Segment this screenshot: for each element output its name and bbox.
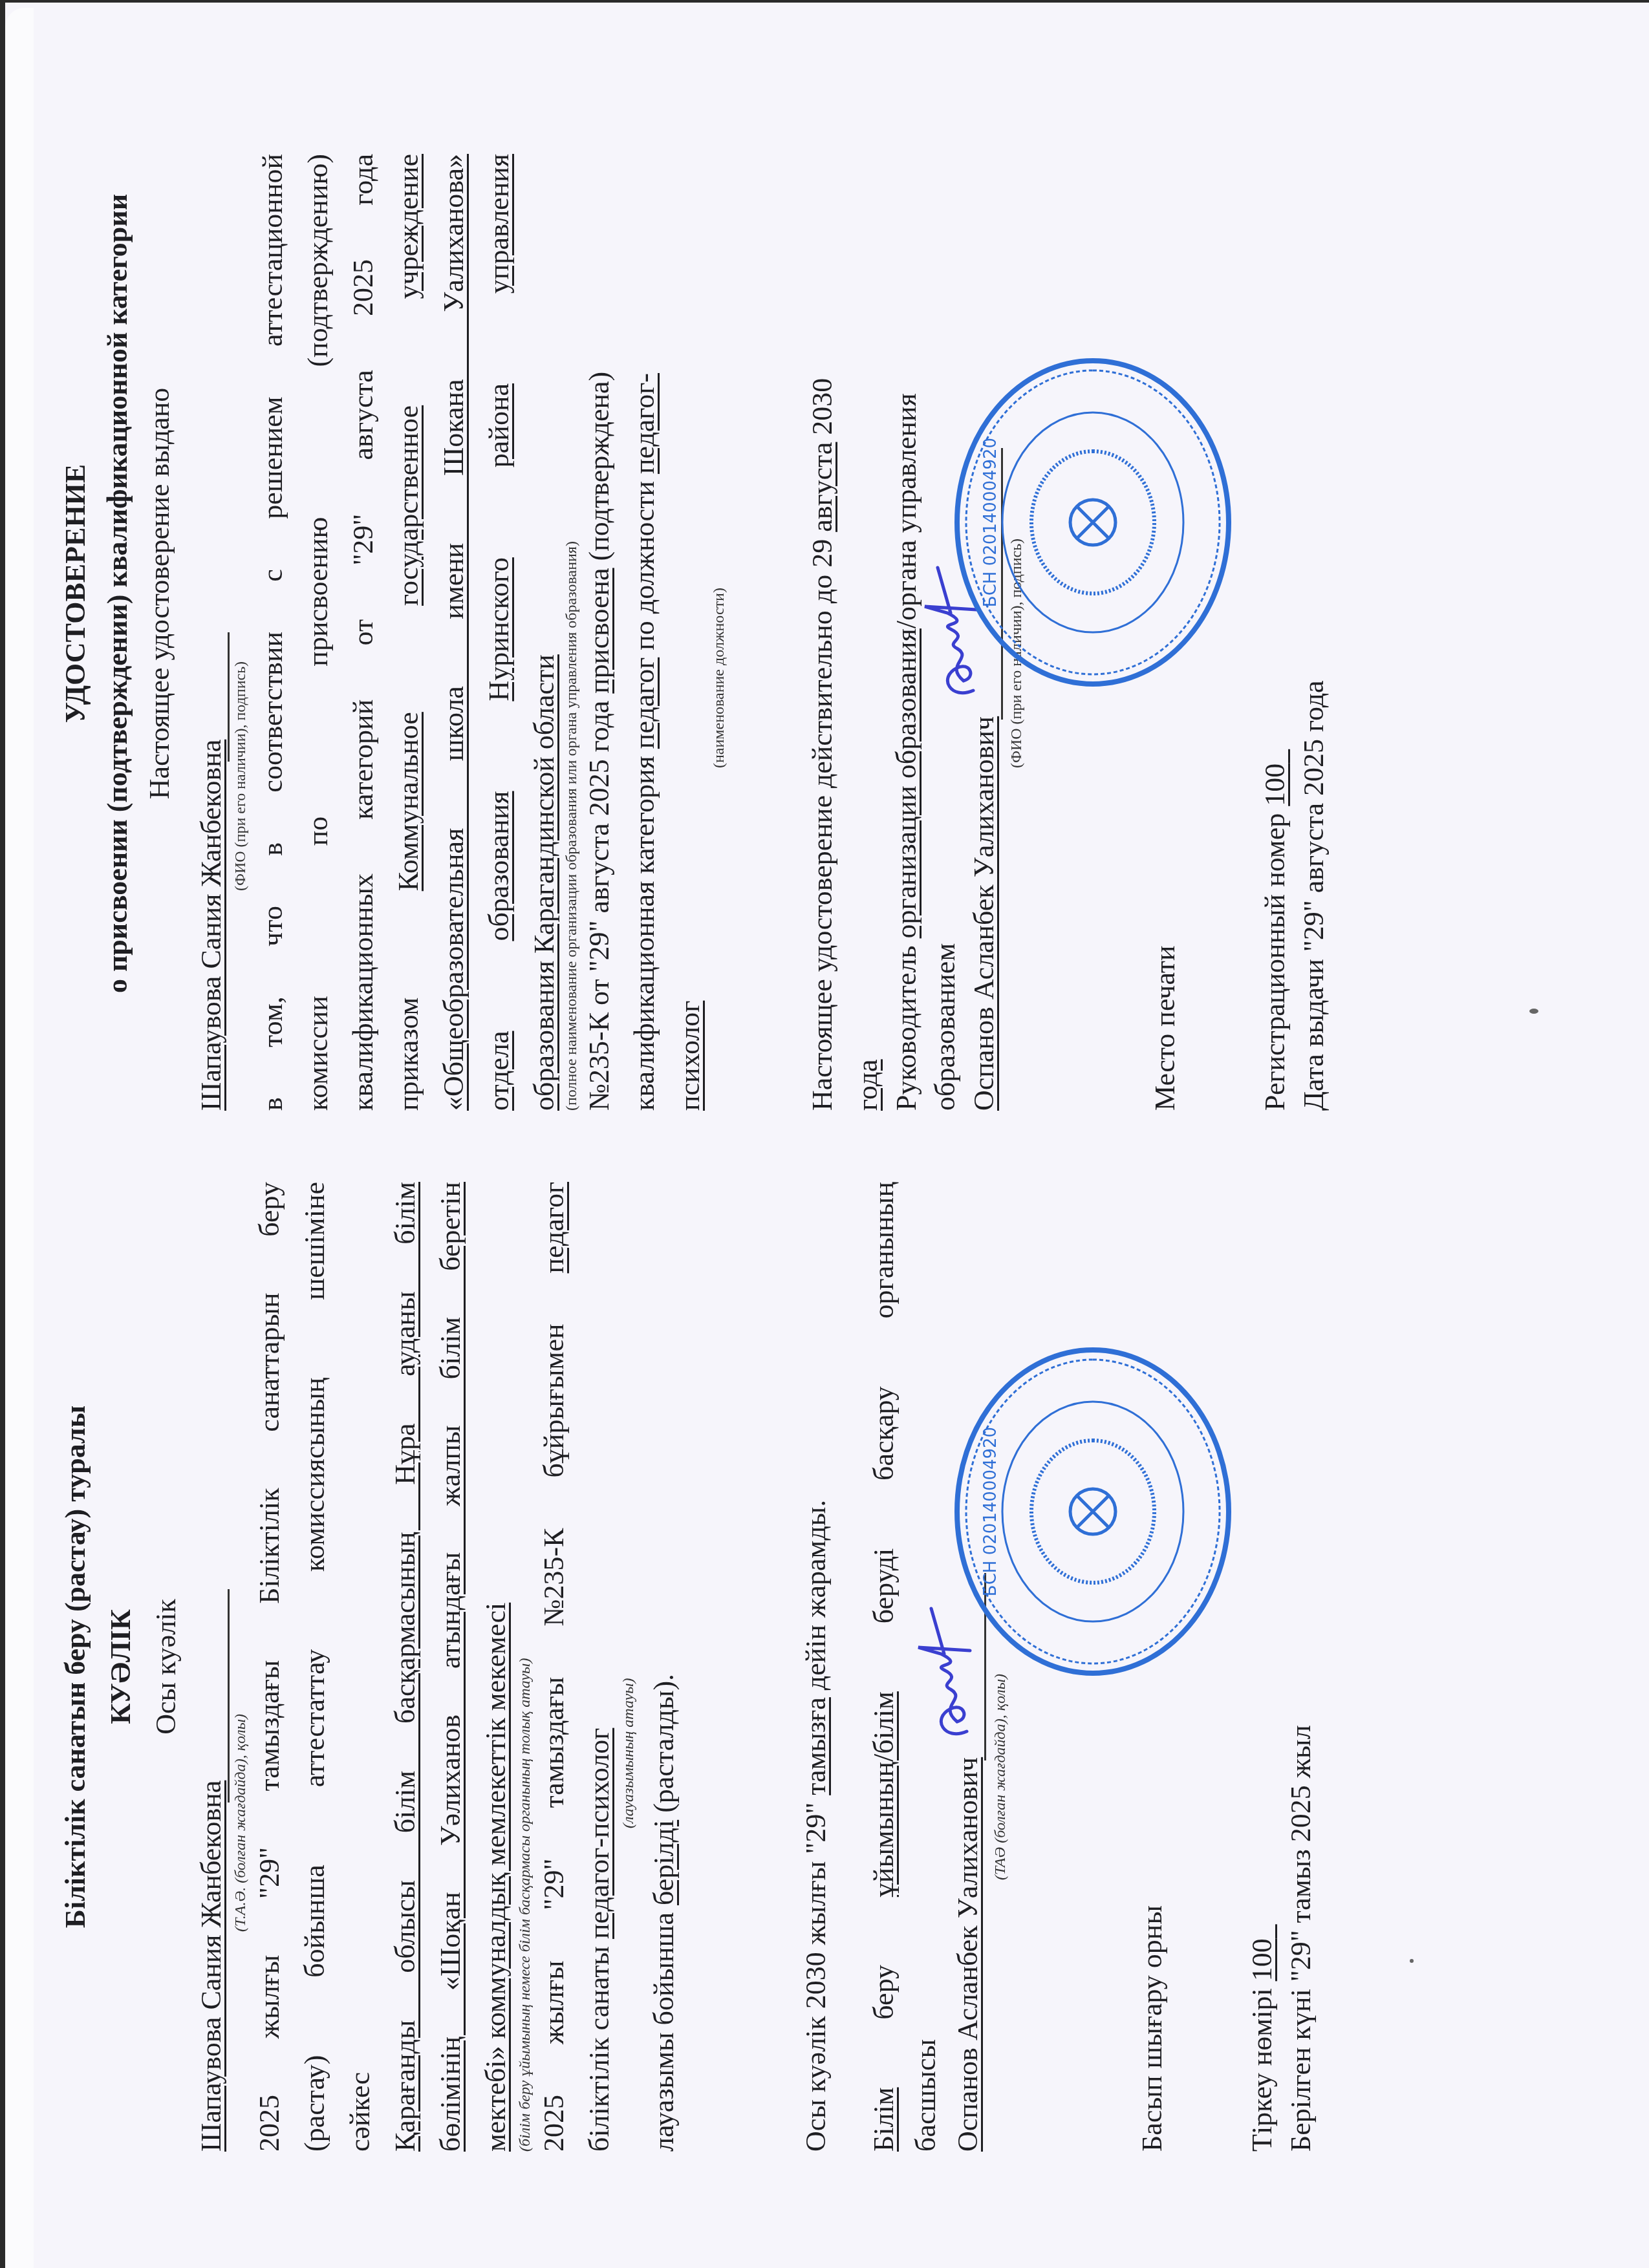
word: бұйрығымен (540, 1323, 568, 1477)
ru-holder-name: Шапаувова Сания Жанбековна (197, 740, 226, 1111)
word: с (259, 569, 287, 582)
ru-holder-name-text: Шапаувова Сания Жанбековна (195, 740, 227, 1111)
kz-title: Біліктілік санатын беру (растау) туралы (61, 1162, 90, 2171)
word: беруді (870, 1548, 898, 1624)
ru-head-name-text: Оспанов Асланбек Уалиханович (968, 716, 1000, 1111)
ru-seal-place: Место печати (1151, 945, 1180, 1111)
word: педагог (540, 1182, 568, 1273)
ru-title: УДОСТОВЕРЕНИЕ (61, 57, 90, 1130)
kz-head-line1: Білімберуұйымының/білімберудібасқаруорга… (870, 1182, 898, 2152)
kz-org-line1: Қарағанды облысы білім басқармасының Нұр… (391, 1182, 420, 2152)
kz-position-caption: (лауазымының атауы) (621, 1678, 636, 1828)
kz-validity-prefix: Осы куәлік 2030 жылғы "29" (800, 1795, 832, 2152)
scan-speck (1529, 1009, 1538, 1014)
kz-position-suffix: (расталды). (648, 1674, 680, 1820)
word: присвоению (304, 517, 332, 667)
ru-reg-label: Регистрационный номер (1259, 806, 1291, 1111)
word: Нуринского (485, 557, 513, 701)
word: в (259, 1097, 287, 1111)
kz-holder-signature-line (228, 1589, 230, 1803)
ru-para1-line2: комиссиипоприсвоению(подтверждению) (304, 154, 332, 1111)
word: басқару (870, 1386, 898, 1481)
word: августа (349, 370, 378, 460)
kz-org-line3: мектебі» коммуналдық мемлекеттік мекемес… (482, 1603, 510, 2152)
kz-validity-line: Осы куәлік 2030 жылғы "29" тамызға дейін… (802, 1500, 830, 2152)
kz-category-prefix: біліктілік санаты (583, 1939, 615, 2152)
kz-reg-number: 100 (1246, 1938, 1278, 1981)
kz-reg-label: Тіркеу нөмірі (1246, 1981, 1278, 2152)
word: 2025 (255, 2095, 284, 2152)
ru-order-line: №235-К от "29" августа 2025 года присвое… (585, 154, 614, 1111)
ru-category-mid: по должности (629, 474, 660, 658)
kz-para1-line1: 2025жылғы"29"тамыздағыБіліктіліксанаттар… (255, 1182, 284, 2152)
word: беру (255, 1182, 284, 1237)
kz-validity-month: тамызға (800, 1697, 832, 1795)
word: №235-К (540, 1528, 568, 1627)
ru-category-value: педагог (629, 658, 660, 749)
kz-position-line: лауазымы бойынша берілді (расталды). (650, 1674, 678, 2152)
ru-reg-number: 100 (1259, 764, 1291, 806)
ru-head-line2: образованием (931, 943, 960, 1111)
word: тамыздағы (540, 1677, 568, 1808)
word: комиссиясының (301, 1378, 329, 1572)
ru-head-prefix: Руководитель (890, 938, 922, 1111)
ru-para1-line1: втом,чтовсоответствиисрешениематтестацио… (259, 154, 287, 1111)
ru-org-line4: образования Карагандинской области (530, 654, 559, 1111)
word: что (259, 906, 287, 947)
word: бойынша (301, 1865, 329, 1977)
ru-head-name: Оспанов Асланбек Уалиханович (970, 716, 998, 1111)
word: по (304, 817, 332, 846)
ru-org-caption: (полное наименование организации образов… (564, 541, 579, 1111)
ru-stamp-bin: БСН 020140004920 (981, 438, 1000, 607)
ru-intro: Настоящее удостоверение выдано (145, 57, 174, 1130)
ru-order-assigned: присвоена (583, 568, 615, 693)
word: района (485, 383, 513, 467)
ru-position-caption: (наименование должности) (711, 588, 727, 768)
kz-reg-line: Тіркеу нөмірі 100 (1248, 1924, 1277, 2152)
word: от (349, 619, 378, 646)
ru-category-line: квалификационная категория педагог по до… (630, 373, 659, 1111)
kz-issue-date: Берілген күні "29" тамыз 2025 жыл (1287, 1725, 1315, 2152)
word: управления (485, 154, 513, 294)
ru-org-line2: «Общеобразовательная школа имени Шокана … (440, 154, 468, 1111)
ru-subtitle: о присвоении (подтверждении) квалификаци… (103, 57, 132, 1130)
word: года (349, 154, 378, 206)
word: образования (485, 791, 513, 941)
word: государственное (394, 405, 423, 606)
kz-head-line2: басшысы (912, 2039, 940, 2152)
kz-org-caption: (білім беру ұйымының немесе білім басқар… (517, 1658, 533, 2152)
kz-org-line2: бөлімінің «Шоқан Уәлиханов атындағы жалп… (436, 1182, 465, 2152)
word: решением (259, 396, 287, 519)
kz-title-kuelik: КУӘЛІК (107, 1162, 135, 2171)
kazakh-section: Біліктілік санатын беру (растау) туралы … (0, 1162, 1649, 2171)
kz-category-line: біліктілік санаты педагог-психолог (585, 1728, 614, 2152)
ru-reg-line: Регистрационный номер 100 (1261, 749, 1289, 1111)
ru-official-stamp: БСН 020140004920 (951, 354, 1235, 690)
word: категорий (349, 700, 378, 820)
word: санаттарын (255, 1292, 284, 1431)
ru-issue-date: Дата выдачи "29" августа 2025 года (1300, 680, 1328, 1111)
word: тамыздағы (255, 1660, 284, 1792)
kz-order-line: 2025жылғы"29"тамыздағы№235-Кбұйрығыменпе… (540, 1182, 568, 2152)
kz-stamp-bin: БСН 020140004920 (981, 1427, 1000, 1596)
kz-head-name-text: Оспанов Асланбек Уалиханович (952, 1757, 984, 2152)
scan-speck (1410, 1959, 1414, 1963)
word: "29" (540, 1858, 568, 1910)
ru-order-suffix: (подтверждена) (583, 372, 615, 568)
ru-order-prefix: №235-К от "29" августа 2025 года (583, 694, 615, 1111)
word: Коммунальное (394, 712, 423, 891)
ru-category-prefix: квалификационная категория (629, 749, 660, 1111)
kz-validity-suffix: дейін жарамды. (800, 1500, 832, 1698)
word: органының (870, 1182, 898, 1318)
ru-validity-prefix: Настоящее удостоверение действительно до… (806, 532, 838, 1111)
word: отдела (485, 1031, 513, 1111)
kz-para1-line2: (растау)бойыншааттестаттаукомиссиясыныңш… (301, 1182, 329, 2152)
word: ұйымының/білім (870, 1691, 898, 1897)
word: жылғы (540, 1960, 568, 2044)
kz-holder-name-text: Шапаувова Сания Жанбековна (195, 1781, 227, 2152)
kz-position-granted: берілді (648, 1820, 680, 1905)
kz-category-value: педагог-психолог (583, 1728, 615, 1939)
ru-validity-year: 2030 (806, 378, 838, 442)
word: учреждение (394, 154, 423, 299)
kz-para1-line3: сәйкес (346, 2072, 374, 2152)
word: беру (870, 1965, 898, 2020)
ru-position-value-2: психолог (676, 1001, 704, 1111)
word: в (259, 842, 287, 856)
word: (подтверждению) (304, 154, 332, 367)
word: шешіміне (301, 1182, 329, 1300)
kz-head-caption: (ТАӘ (болған жағдайда), қолы) (993, 1674, 1008, 1880)
word: аттестаттау (301, 1649, 329, 1787)
kz-holder-name: Шапаувова Сания Жанбековна (197, 1781, 226, 2152)
word: 2025 (349, 259, 378, 316)
word: 2025 (540, 2095, 568, 2152)
ru-position-value-1: педагог- (629, 373, 660, 474)
word: (растау) (301, 2055, 329, 2152)
ru-validity-line: Настоящее удостоверение действительно до… (808, 154, 837, 1111)
word: жылғы (255, 1955, 284, 2039)
word: комиссии (304, 996, 332, 1111)
kz-head-name: Оспанов Асланбек Уалиханович (954, 1757, 982, 2152)
word: квалификационных (349, 873, 378, 1111)
ru-validity-month: августа (806, 442, 838, 532)
certificate-sheet: Біліктілік санатын беру (растау) туралы … (0, 0, 1649, 2268)
word: "29" (349, 514, 378, 566)
kz-official-stamp: БСН 020140004920 (951, 1343, 1235, 1680)
russian-section: УДОСТОВЕРЕНИЕ о присвоении (подтверждени… (0, 57, 1649, 1130)
kz-position-prefix: лауазымы бойынша (648, 1905, 680, 2152)
ru-holder-caption: (ФИО (при его наличии), подпись) (233, 661, 248, 891)
word: "29" (255, 1847, 284, 1899)
ru-org-line3: отделаобразованияНуринскогорайонауправле… (485, 154, 513, 1111)
ru-para1-line3: квалификационныхкатегорийот"29"августа20… (349, 154, 378, 1111)
word: том, (259, 996, 287, 1047)
word: Біліктілік (255, 1488, 284, 1603)
ru-org-line1: приказомКоммунальноегосударственноеучреж… (394, 154, 423, 1111)
kz-intro: Осы куәлік (152, 1162, 180, 2171)
ru-holder-signature-line (228, 632, 230, 762)
word: приказом (394, 998, 423, 1111)
word: аттестационной (259, 154, 287, 347)
word: соответствии (259, 632, 287, 793)
kz-seal-place: Басып шығару орны (1138, 1905, 1167, 2152)
word: Білім (870, 2087, 898, 2152)
kz-holder-caption: (Т.А.Ә. (болған жағдайда), қолы) (233, 1714, 248, 1932)
ru-validity-line2: года (854, 1059, 882, 1111)
